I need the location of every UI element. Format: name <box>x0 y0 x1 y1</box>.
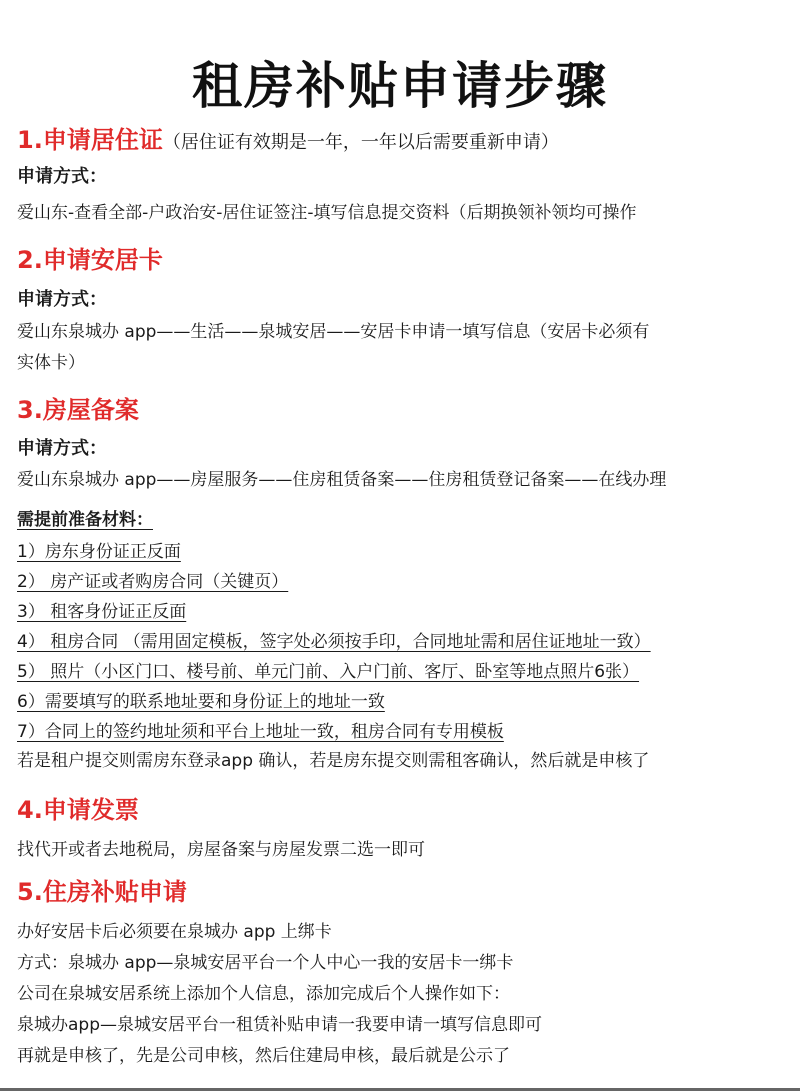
page-title: 租房补贴申请步骤 <box>0 46 800 118</box>
section-1-title: 1.申请居住证 <box>17 126 163 154</box>
section-3-method-label: 申请方式： <box>17 434 107 460</box>
section-1-heading: 1.申请居住证（居住证有效期是一年，一年以后需要重新申请） <box>17 120 559 155</box>
material-item-6: 6）需要填写的联系地址要和身份证上的地址一致 <box>17 687 385 712</box>
material-item-5: 5） 照片（小区门口、楼号前、单元门前、入户门前、客厅、卧室等地点照片6张） <box>17 657 639 682</box>
section-2-method-line-2: 实体卡） <box>17 348 85 373</box>
section-5-line-2: 方式：泉城办 app—泉城安居平台一个人中心一我的安居卡一绑卡 <box>17 948 513 973</box>
section-2-method-line-1: 爱山东泉城办 app——生活——泉城安居——安居卡申请一填写信息（安居卡必须有 <box>17 317 649 342</box>
section-1-method-line: 爱山东-查看全部-户政治安-居住证签注-填写信息提交资料（后期换领补领均可操作 <box>17 198 637 223</box>
section-1-note: （居住证有效期是一年，一年以后需要重新申请） <box>163 132 559 153</box>
materials-label: 需提前准备材料： <box>17 505 153 530</box>
section-5-line-1: 办好安居卡后必须要在泉城办 app 上绑卡 <box>17 917 332 942</box>
section-3-footer: 若是租户提交则需房东登录app 确认，若是房东提交则需租客确认，然后就是申核了 <box>17 746 649 771</box>
material-item-1: 1）房东身份证正反面 <box>17 537 181 562</box>
section-1-method-label: 申请方式： <box>17 162 107 188</box>
material-item-4: 4） 租房合同 （需用固定模板，签字处必须按手印，合同地址需和居住证地址一致） <box>17 627 651 652</box>
material-item-3: 3） 租客身份证正反面 <box>17 597 186 622</box>
section-4-line: 找代开或者去地税局，房屋备案与房屋发票二选一即可 <box>17 835 425 860</box>
material-item-2: 2） 房产证或者购房合同（关键页） <box>17 567 288 592</box>
document-page: 租房补贴申请步骤 1.申请居住证（居住证有效期是一年，一年以后需要重新申请） 申… <box>0 0 800 1088</box>
section-5-heading: 5.住房补贴申请 <box>17 872 187 907</box>
section-2-heading: 2.申请安居卡 <box>17 240 163 275</box>
section-5-line-3: 公司在泉城安居系统上添加个人信息，添加完成后个人操作如下： <box>17 979 510 1004</box>
section-5-line-5: 再就是申核了，先是公司申核，然后住建局申核，最后就是公示了 <box>17 1041 510 1066</box>
section-4-heading: 4.申请发票 <box>17 790 139 825</box>
section-2-method-label: 申请方式： <box>17 285 107 311</box>
section-3-heading: 3.房屋备案 <box>17 390 139 425</box>
section-5-line-4: 泉城办app—泉城安居平台一租赁补贴申请一我要申请一填写信息即可 <box>17 1010 542 1035</box>
material-item-7: 7）合同上的签约地址须和平台上地址一致，租房合同有专用模板 <box>17 717 504 742</box>
section-3-method-line: 爱山东泉城办 app——房屋服务——住房租赁备案——住房租赁登记备案——在线办理 <box>17 465 666 490</box>
